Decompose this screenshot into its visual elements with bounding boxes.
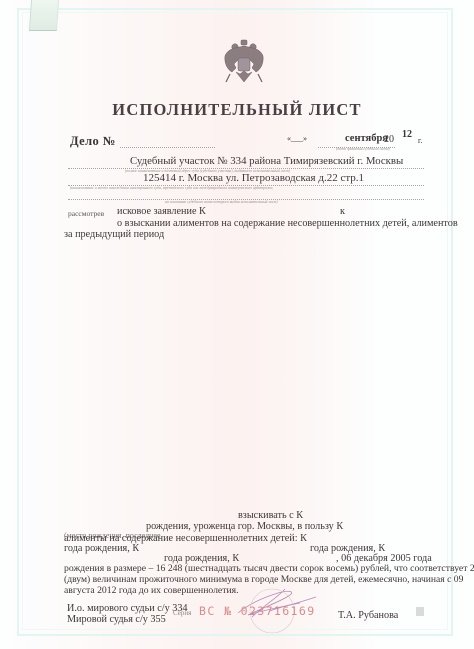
paper-clip-mark [29,0,59,31]
child1-line: года рождения, К [64,543,139,554]
judge-acting-title: И.о. мирового судьи с/у 334 [67,603,188,614]
judge-title: Мировой судья с/у 355 [67,614,166,625]
claim-subject: о взыскании алиментов на содержание несо… [117,218,458,229]
claim-to: к [340,206,345,217]
watermark-square-icon [416,607,424,616]
date-year-unit: г. [418,136,422,145]
collect-line: взыскивать с К [238,510,303,521]
claim-line: исковое заявление К [117,206,206,217]
case-number-field [120,147,215,148]
date-year-suffix: 12 [402,129,412,140]
series-label: Серия [173,609,191,617]
judge-name: Т.А. Рубанова [338,610,398,621]
amount-line: рождения в размере – 16 248 (шестнадцать… [64,563,474,574]
court-address-caption: (наименование и место нахождения иностра… [70,186,273,190]
birth-line: рождения, уроженца гор. Москвы, в пользу… [146,521,343,532]
series-number: ВС № 023716169 [199,604,316,618]
considered-label: рассмотрев [68,209,104,218]
amount-line-3: августа 2012 года до их совершеннолетия. [64,585,239,596]
case-number-label: Дело № [70,134,116,149]
document-title: ИСПОЛНИТЕЛЬНЫЙ ЛИСТ [0,100,474,120]
court-name: Судебный участок № 334 района Тимирязевс… [130,155,403,167]
date-month: сентября [345,133,388,144]
date-year-prefix: 20 [384,134,394,145]
claim-subject-cont: за предыдущий период [64,229,164,240]
date-day-placeholder: «___» [287,134,307,143]
basis-caption: на основании судебного акта которого выд… [165,200,278,204]
court-address: 125414 г. Москва ул. Петрозаводская д.22… [143,172,364,184]
russian-coat-of-arms-icon [222,38,266,86]
document-page: ИСПОЛНИТЕЛЬНЫЙ ЛИСТ Дело № «___» сентябр… [0,0,474,649]
date-caption: (дата принятия судебного акта) [336,147,390,151]
